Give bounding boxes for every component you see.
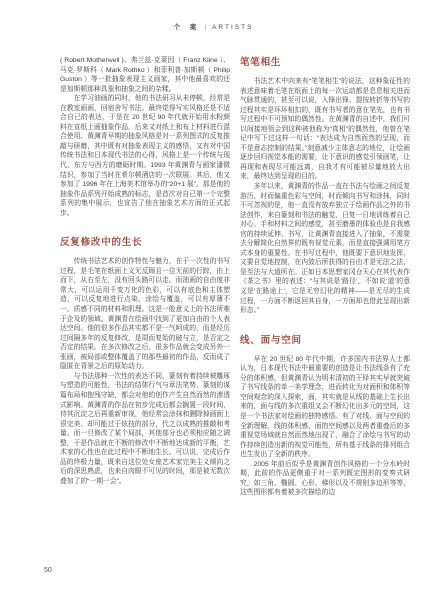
page-number: 50 — [44, 567, 52, 574]
section-heading: 反复修改中的生长 — [60, 237, 230, 248]
magazine-page: 个 案|ARTISTS ( Robert Motherwell )、弗兰兹·克莱… — [0, 0, 427, 603]
running-header-separator: | — [204, 24, 208, 31]
running-header-chinese: 个 案 — [174, 24, 201, 31]
section-heading: 线、面与空间 — [240, 335, 410, 346]
body-paragraph: 2005 年前后似乎是黄渊青创作风格的一个分水岭时期，此前的作品更侧重于对一系列… — [240, 460, 410, 498]
running-header-english: ARTISTS — [212, 24, 253, 31]
body-paragraph: ( Robert Motherwell )、弗兰兹·克莱因（ Franz Kli… — [60, 56, 230, 94]
body-paragraph: 书法艺术中向来有“笔笔相生”的说法，这种象征性的表述意味着毛笔在纸面上的每一次运… — [240, 77, 410, 182]
left-column: ( Robert Motherwell )、弗兰兹·克莱因（ Franz Kli… — [60, 56, 230, 562]
right-column: 笔笔相生 书法艺术中向来有“笔笔相生”的说法，这种象征性的表述意味着毛笔在纸面上… — [240, 56, 410, 562]
running-header: 个 案|ARTISTS — [0, 22, 427, 31]
body-paragraph: 在学习油画的同时，他的书法研习从未停顿，经常是在教室画画，回宿舍写书法。最终觉得… — [60, 94, 230, 218]
body-paragraph: 早在 20 世纪 80 年代中期，许多国内书法界人士都认为，日本现代书法中最重要… — [240, 355, 410, 460]
body-paragraph: 与书法那种一次性的表达不同，篆刻有着持续被雕琢与塑造的可能性，书法的结体行气与章… — [60, 372, 230, 487]
body-paragraph: 多年以来，黄渊青的作品一直在书法与绘画之间反复游历，时而偏重色彩与空间，时而倾向… — [240, 182, 410, 316]
section-heading: 笔笔相生 — [240, 57, 410, 68]
body-paragraph: 传统书法艺术的创作特性与魅力，在于一次性的书写过程，是毛笔在纸面上义无反顾且一往… — [60, 257, 230, 372]
